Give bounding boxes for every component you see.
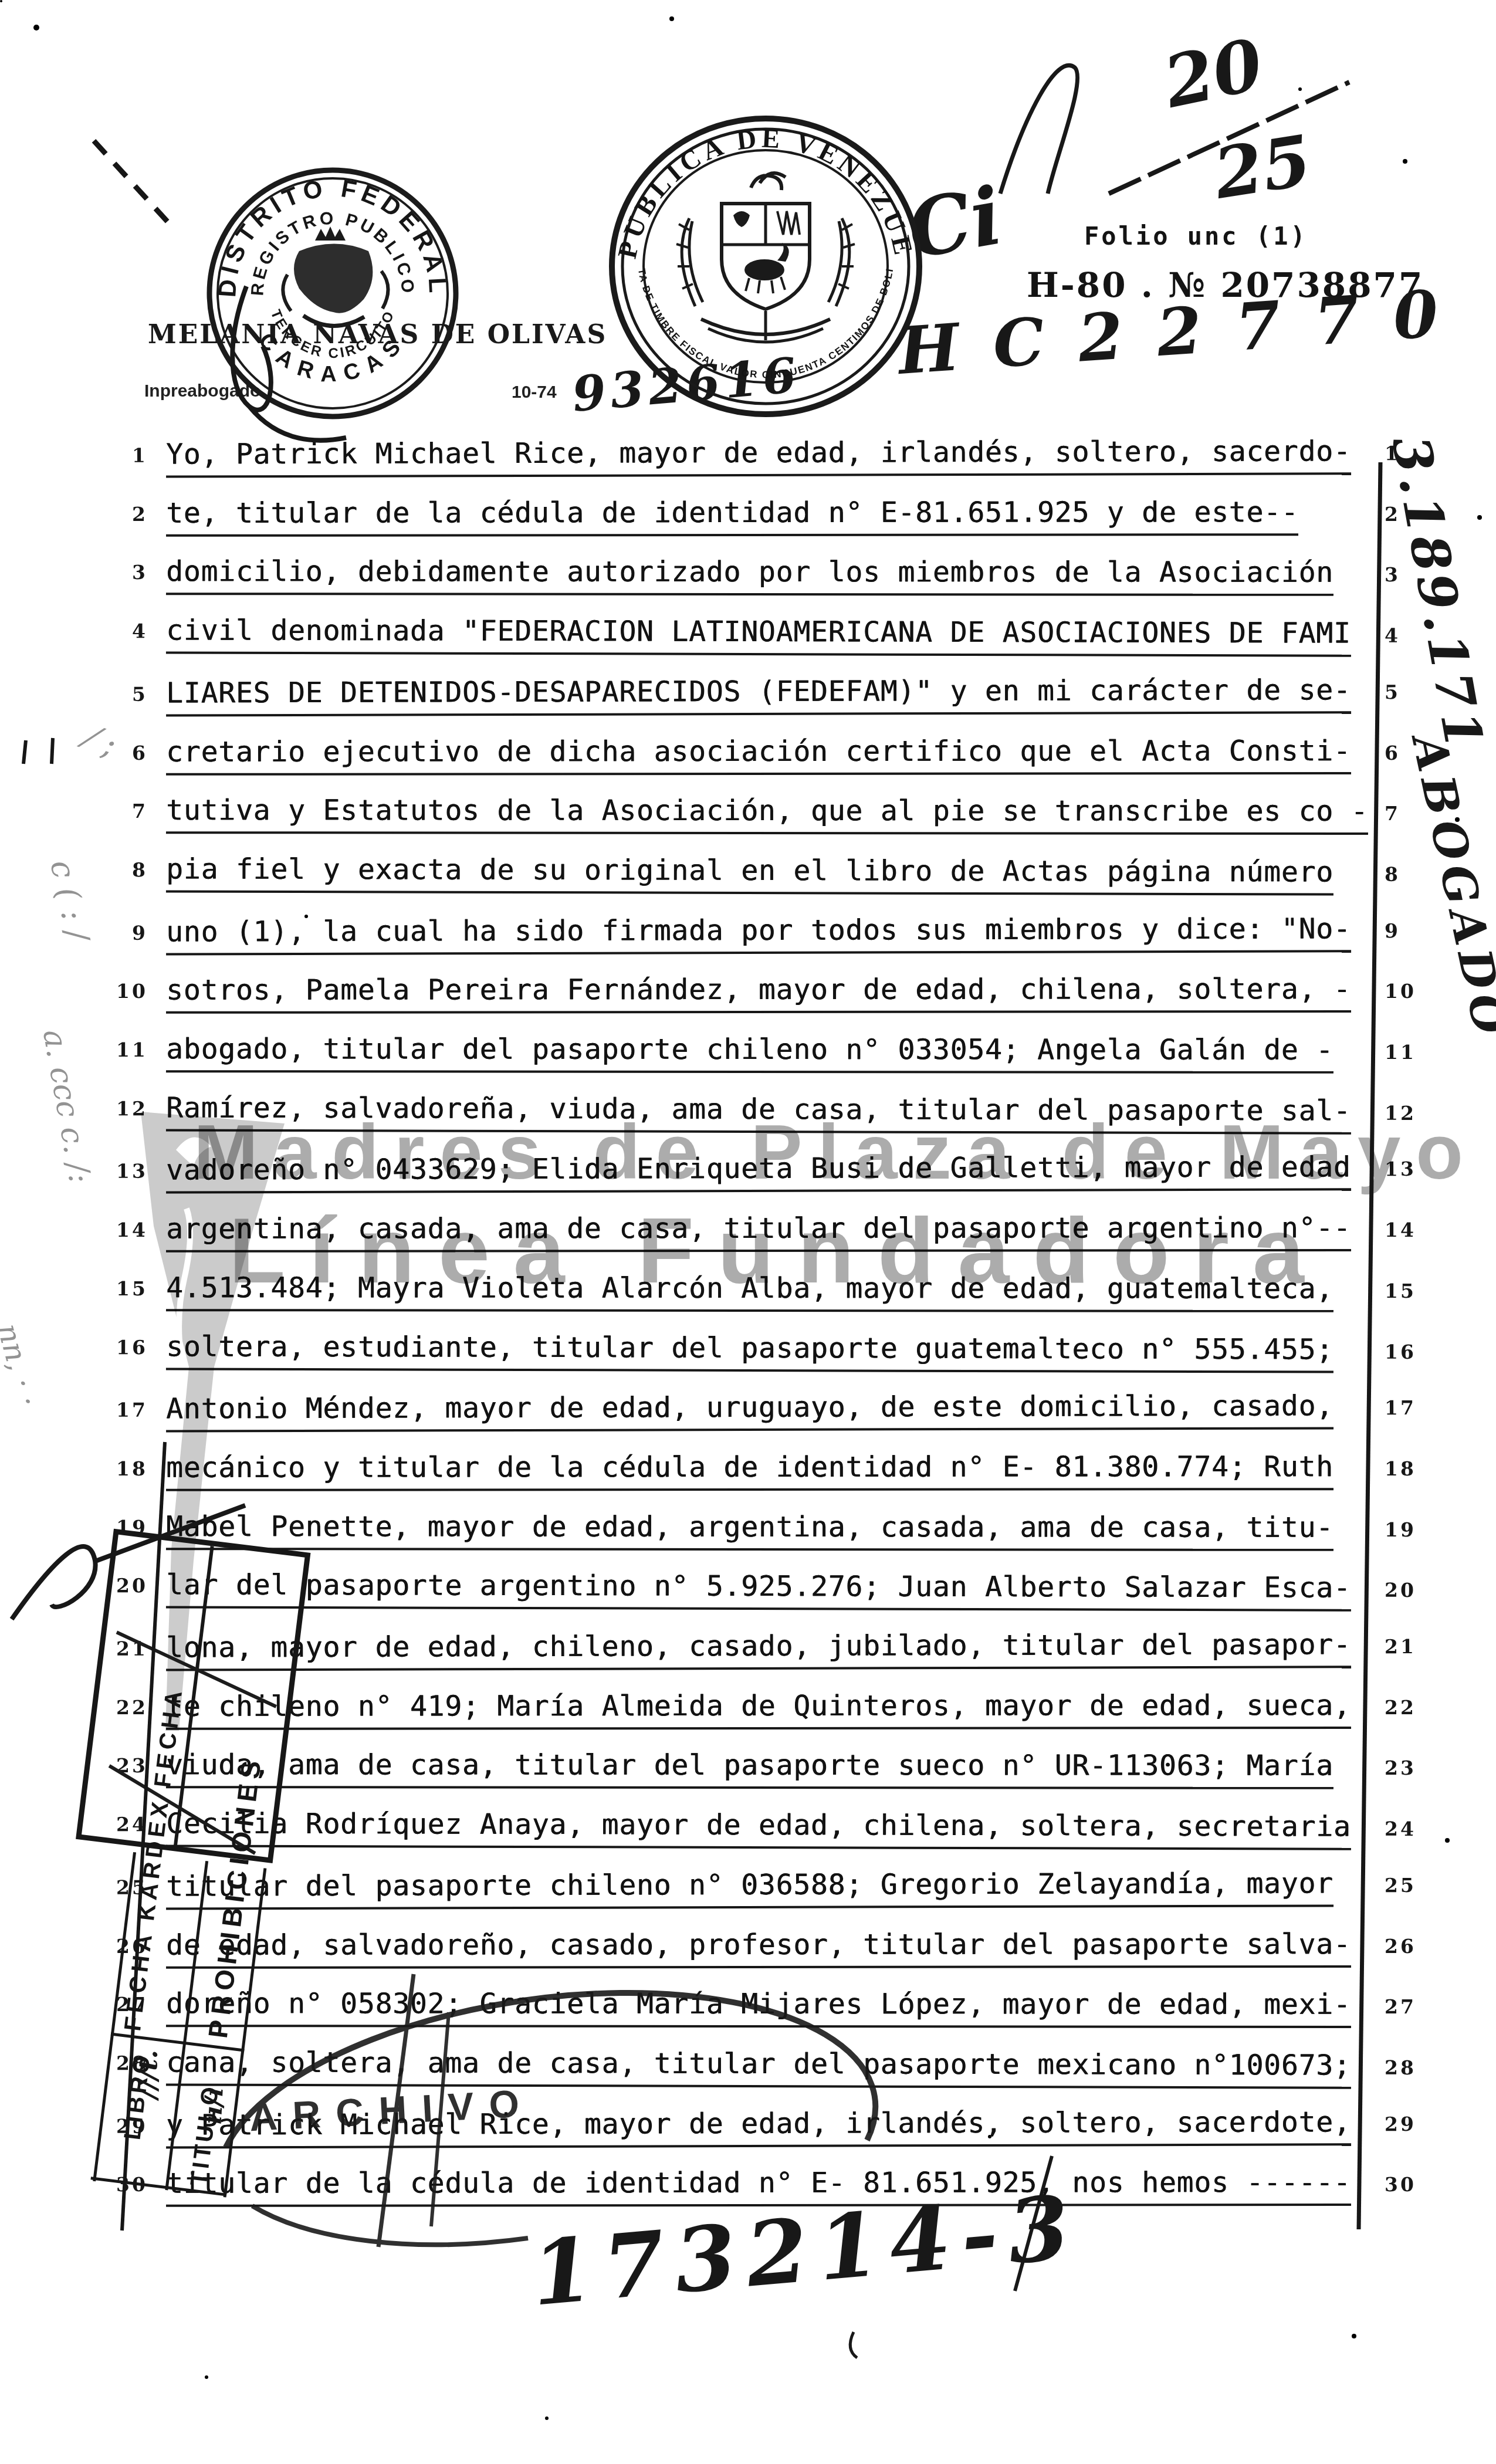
fraction-slash [1109, 82, 1349, 194]
ink-overlay: ARCHIVO [0, 0, 1496, 2464]
scanned-document-page: 1Yo, Patrick Michael Rice, mayor de edad… [0, 0, 1496, 2464]
pen-flourish [1000, 65, 1078, 194]
left-column-rule [122, 1442, 165, 2231]
archivo-stamp: ARCHIVO [226, 1974, 875, 2247]
right-column-rule [1359, 462, 1380, 2229]
pen-slash [1015, 2156, 1052, 2291]
pen-check-mark [12, 1505, 245, 1619]
scan-noise-specks [0, 0, 2, 2]
